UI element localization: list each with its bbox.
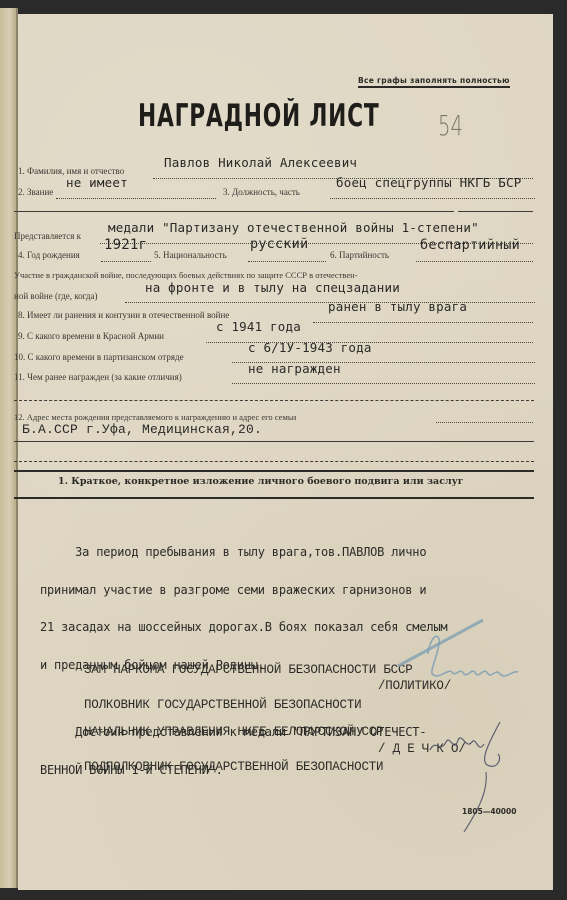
field-label: 4. Год рождения	[18, 250, 80, 260]
underline	[56, 198, 216, 199]
underline	[330, 198, 535, 199]
text-line: принимал участие в разгроме семи вражеск…	[40, 584, 447, 597]
underline	[248, 261, 326, 262]
field-value: русский	[250, 236, 308, 252]
field-label: Участие в гражданской войне, последующих…	[14, 270, 358, 280]
field-label: 8. Имеет ли ранения и контузии в отечест…	[18, 310, 229, 320]
signature-block-head: НАЧАЛЬНИК УПРАВЛЕНИЯ НКГБ БЕЛОРУССКОЙ СС…	[84, 704, 383, 796]
field-label: 10. С какого времени в партизанском отря…	[14, 352, 184, 362]
handwritten-signature-politiko	[388, 614, 548, 694]
divider	[14, 211, 454, 212]
field-label: 12. Адрес места рождения представляемого…	[14, 412, 296, 422]
field-label: 3. Должность, часть	[223, 187, 300, 197]
field-value: не имеет	[66, 175, 128, 190]
field-label: 9. С какого времени в Красной Армии	[18, 331, 164, 341]
signer-rank: ПОДПОЛКОВНИК ГОСУДАРСТВЕННОЙ БЕЗОПАСНОСТ…	[84, 762, 383, 774]
underline	[436, 422, 533, 423]
field-value: на фронте и в тылу на спецзадании	[145, 280, 400, 295]
handwritten-signature-dechko	[428, 714, 538, 844]
field-value: Павлов Николай Алексеевич	[164, 155, 357, 170]
divider	[458, 211, 533, 212]
field-label: 11. Чем ранее награжден (за какие отличи…	[14, 372, 182, 382]
field-value: боец спецгруппы НКГБ БСР	[336, 175, 521, 190]
field-value: Б.А.ССР г.Уфа, Медицинская,20.	[22, 422, 262, 437]
field-value: 1921г	[104, 237, 147, 253]
print-code: 1805—40000	[462, 807, 516, 816]
field-label: 6. Партийность	[330, 250, 389, 260]
archive-number: 54	[438, 109, 463, 142]
text-line: 21 засадах на шоссейных дорогах.В боях п…	[40, 621, 447, 634]
header-instruction: Все графы заполнять полностью	[358, 76, 510, 88]
signer-title: НАЧАЛЬНИК УПРАВЛЕНИЯ НКГБ БЕЛОРУССКОЙ СС…	[84, 727, 383, 739]
section-rule-top	[14, 470, 534, 472]
field-value: ранен в тылу врага	[328, 299, 467, 314]
field-value: с 1941 года	[216, 319, 301, 334]
underline	[416, 261, 533, 262]
field-value: с 6/1У-1943 года	[248, 340, 372, 355]
underline	[232, 383, 535, 384]
field-label: 2. Звание	[18, 187, 53, 197]
page-title: НАГРАДНОЙ ЛИСТ	[138, 98, 380, 134]
field-value: медали "Партизану отечественной войны 1-…	[108, 220, 479, 235]
section-heading: 1. Краткое, конкретное изложение личного…	[58, 476, 464, 487]
field-value: беспартийный	[420, 237, 520, 253]
field-value: не награжден	[248, 361, 341, 376]
field-label: Представляется к	[14, 231, 81, 241]
award-sheet-page: Все графы заполнять полностью НАГРАДНОЙ …	[18, 14, 553, 890]
field-label: 5. Национальность	[154, 250, 227, 260]
underline	[101, 261, 151, 262]
binding-edge	[0, 8, 18, 888]
underline	[313, 322, 533, 323]
text-line: За период пребывания в тылу врага,тов.ПА…	[40, 546, 447, 559]
divider	[14, 400, 534, 401]
field-label: ной войне (где, когда)	[14, 291, 98, 301]
underline	[14, 441, 534, 442]
section-rule-bottom	[14, 497, 534, 499]
signer-title: ЗАМ НАРКОМА ГОСУДАРСТВЕННОЙ БЕЗОПАСНОСТИ…	[84, 665, 413, 677]
divider	[14, 461, 534, 462]
